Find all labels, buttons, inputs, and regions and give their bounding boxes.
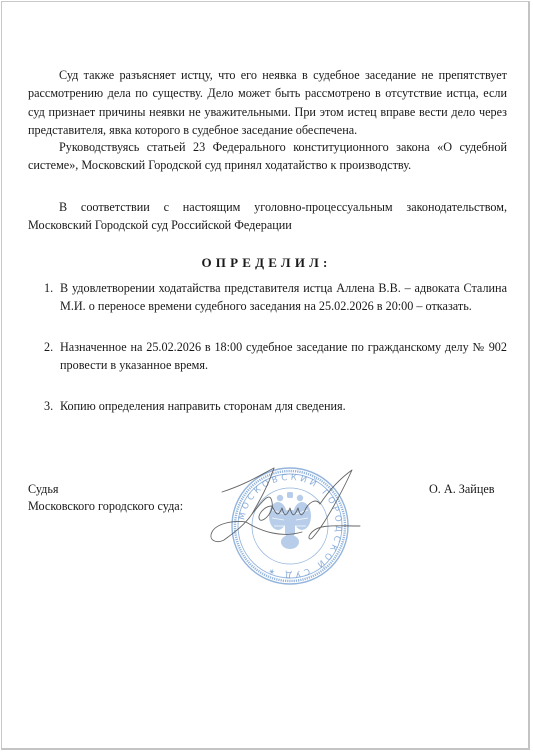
ruling-item-text: Назначенное на 25.02.2026 в 18:00 судебн…	[60, 340, 507, 372]
document-page: Суд также разъясняет истцу, что его неяв…	[1, 1, 530, 750]
ruling-item-text: В удовлетворении ходатайства представите…	[60, 281, 507, 313]
ruling-item-text: Копию определения направить сторонам для…	[60, 399, 346, 413]
paragraph-explanation: Суд также разъясняет истцу, что его неяв…	[28, 66, 507, 140]
judge-name: О. А. Зайцев	[429, 481, 495, 498]
ruling-list: 1. В удовлетворении ходатайства представ…	[28, 279, 507, 437]
paragraph-court-intro: В соответствии с настоящим уголовно-проц…	[28, 198, 507, 235]
ruling-item: 1. В удовлетворении ходатайства представ…	[28, 279, 507, 316]
judge-title-line1: Судья	[28, 481, 183, 498]
ruling-heading: ОПРЕДЕЛИЛ:	[2, 255, 531, 271]
paragraph-legal-basis: Руководствуясь статьей 23 Федерального к…	[28, 138, 507, 175]
judge-title-line2: Московского городского суда:	[28, 498, 183, 515]
ruling-item: 3. Копию определения направить сторонам …	[28, 397, 507, 415]
judge-title: Судья Московского городского суда:	[28, 481, 183, 515]
ruling-item: 2. Назначенное на 25.02.2026 в 18:00 суд…	[28, 338, 507, 375]
ruling-item-number: 2.	[44, 338, 53, 356]
ruling-item-number: 1.	[44, 279, 53, 297]
ruling-item-number: 3.	[44, 397, 53, 415]
judge-signature-icon	[202, 462, 362, 572]
